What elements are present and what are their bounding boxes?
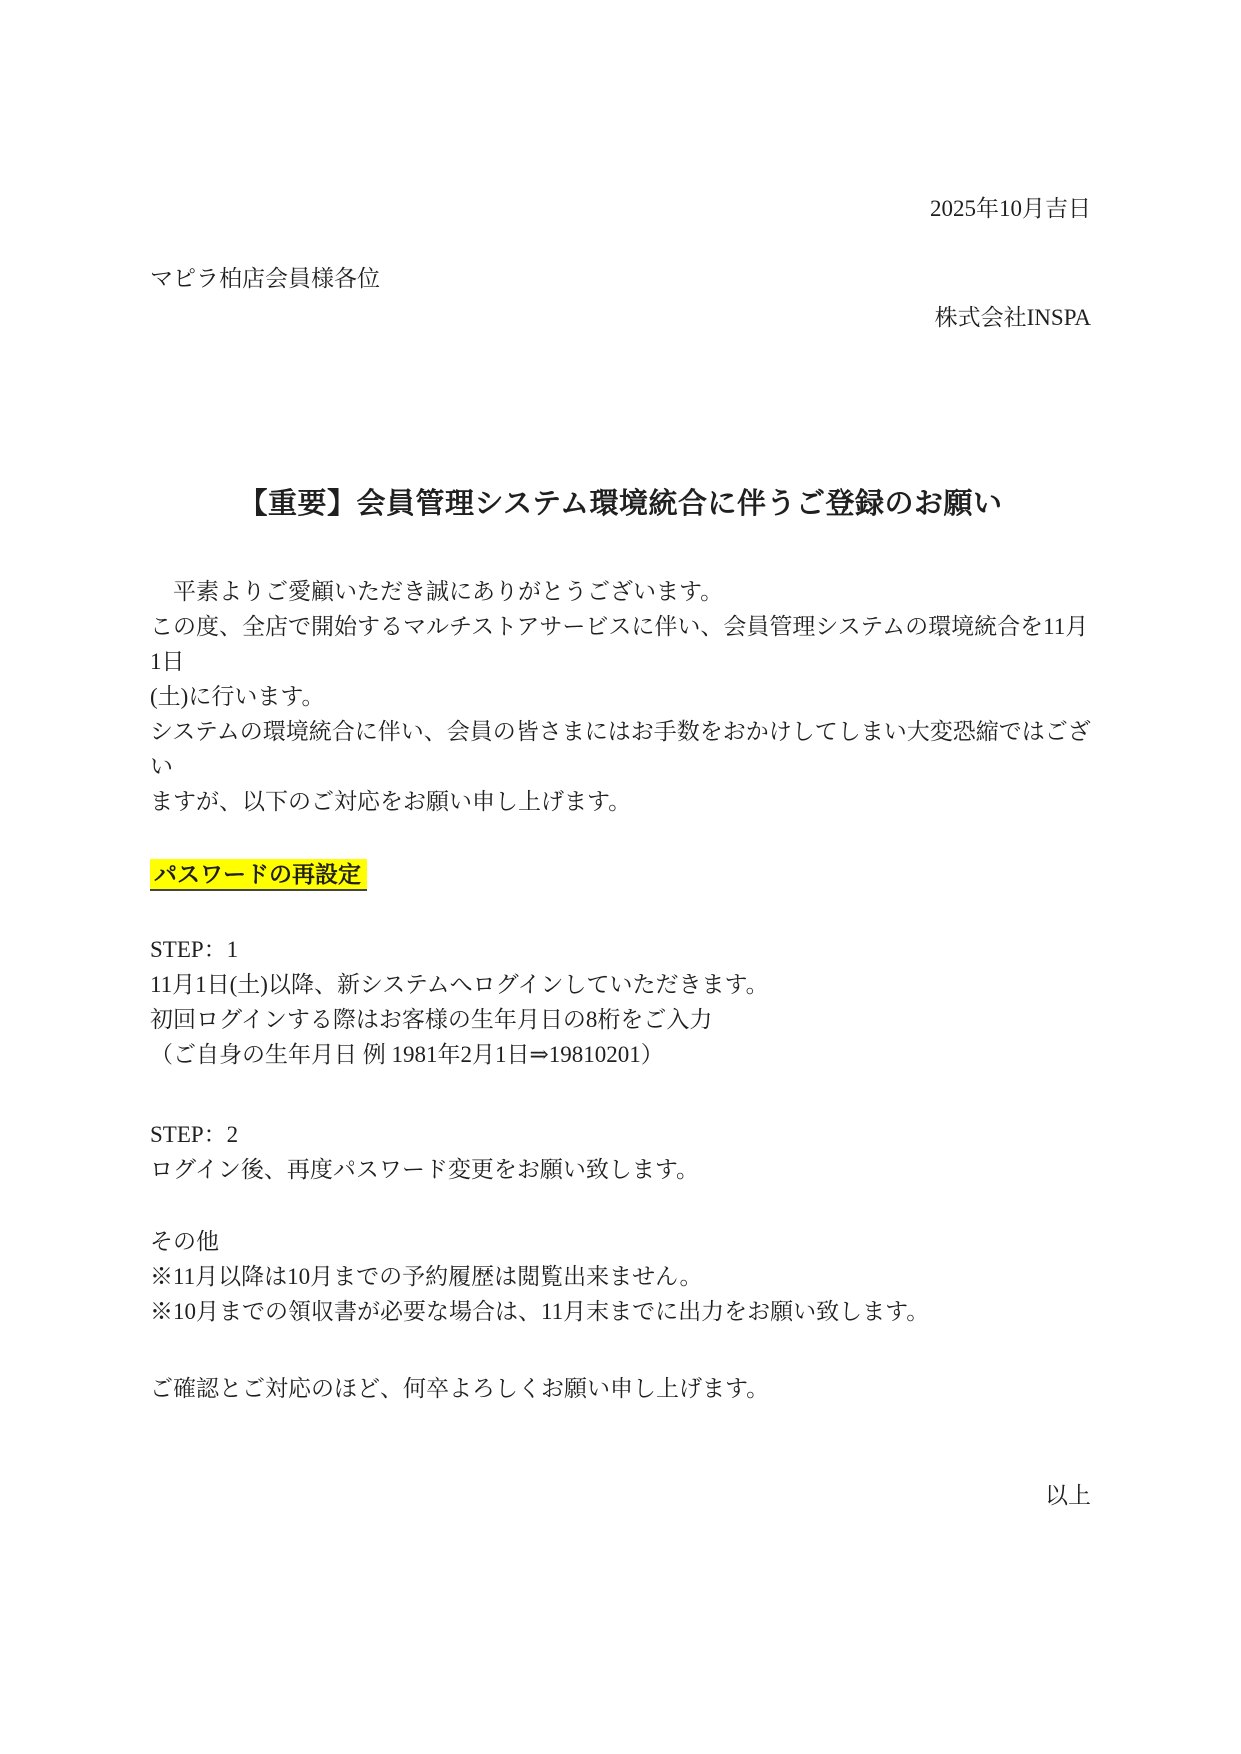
- document-page: 2025年10月吉日 マピラ柏店会員様各位 株式会社INSPA 【重要】会員管理…: [0, 0, 1241, 1754]
- step1-line-3: （ご自身の生年月日 例 1981年2月1日⇒19810201）: [150, 1037, 1091, 1072]
- intro-line-5: ますが、以下のご対応をお願い申し上げます。: [150, 784, 1091, 819]
- other-note-2: ※10月までの領収書が必要な場合は、11月末までに出力をお願い致します。: [150, 1294, 1091, 1329]
- document-title: 【重要】会員管理システム環境統合に伴うご登録のお願い: [150, 484, 1091, 524]
- date-line: 2025年10月吉日: [150, 191, 1091, 226]
- step1-block: STEP：1 11月1日(土)以降、新システムへログインしていただきます。 初回…: [150, 932, 1091, 1072]
- intro-line-2: この度、全店で開始するマルチストアサービスに伴い、会員管理システムの環境統合を1…: [150, 609, 1091, 679]
- step1-line-2: 初回ログインする際はお客様の生年月日の8桁をご入力: [150, 1002, 1091, 1037]
- step2-block: STEP：2 ログイン後、再度パスワード変更をお願い致します。: [150, 1117, 1091, 1187]
- step2-label: STEP：2: [150, 1117, 1091, 1152]
- step1-label: STEP：1: [150, 932, 1091, 967]
- intro-line-3: (土)に行います。: [150, 679, 1091, 714]
- step2-line-1: ログイン後、再度パスワード変更をお願い致します。: [150, 1152, 1091, 1187]
- recipient-line: マピラ柏店会員様各位: [150, 261, 1091, 296]
- signoff-line: 以上: [150, 1478, 1091, 1513]
- closing-line: ご確認とご対応のほど、何卒よろしくお願い申し上げます。: [150, 1371, 1091, 1406]
- intro-line-4: システムの環境統合に伴い、会員の皆さまにはお手数をおかけしてしまい大変恐縮ではご…: [150, 714, 1091, 784]
- step1-line-1: 11月1日(土)以降、新システムへログインしていただきます。: [150, 967, 1091, 1002]
- intro-paragraph: 平素よりご愛顧いただき誠にありがとうございます。 この度、全店で開始するマルチス…: [150, 574, 1091, 819]
- password-section-heading: パスワードの再設定: [150, 859, 367, 891]
- other-notes-block: その他 ※11月以降は10月までの予約履歴は閲覧出来ません。 ※10月までの領収…: [150, 1224, 1091, 1329]
- intro-line-1: 平素よりご愛顧いただき誠にありがとうございます。: [150, 574, 1091, 609]
- sender-line: 株式会社INSPA: [150, 300, 1091, 335]
- other-label: その他: [150, 1224, 1091, 1259]
- other-note-1: ※11月以降は10月までの予約履歴は閲覧出来ません。: [150, 1259, 1091, 1294]
- password-section-heading-row: パスワードの再設定: [150, 857, 1091, 893]
